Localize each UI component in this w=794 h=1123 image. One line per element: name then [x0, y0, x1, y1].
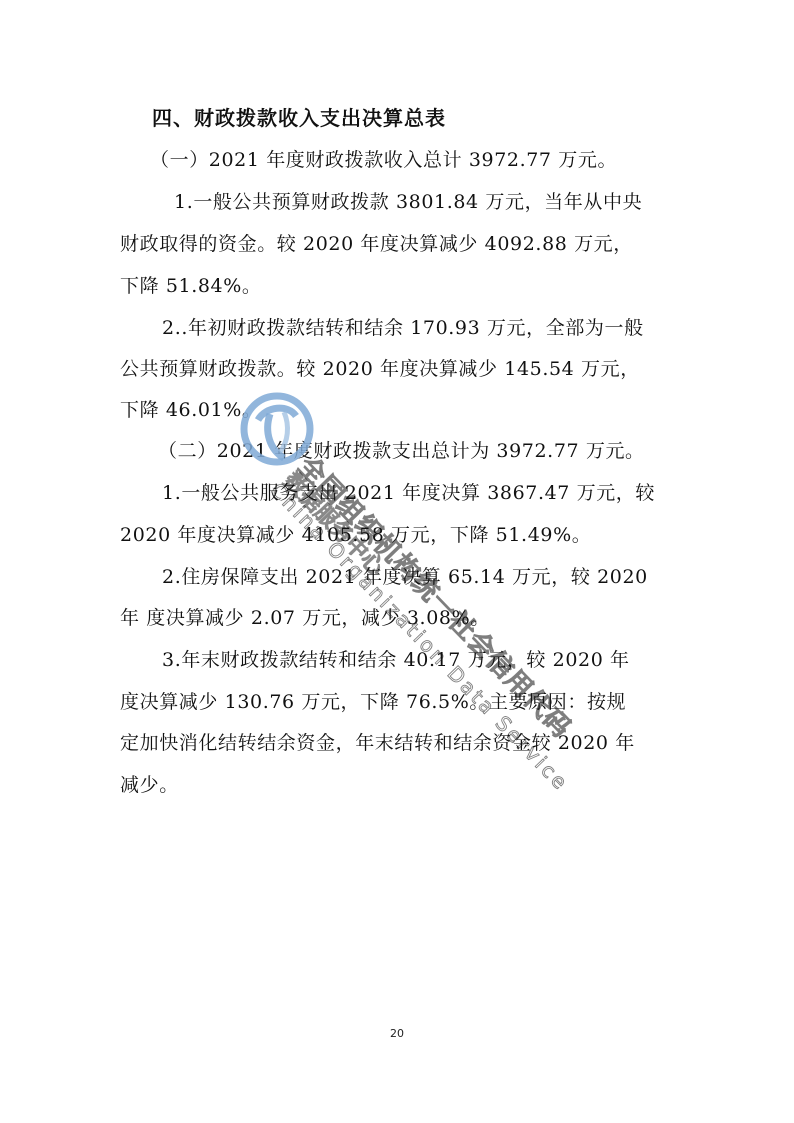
- paragraph-line: 公共预算财政拨款。较 2020 年度决算减少 145.54 万元，: [120, 356, 640, 382]
- paragraph-line: 1.一般公共服务支出 2021 年度决算 3867.47 万元，较: [162, 480, 655, 506]
- paragraph-line: 定加快消化结转结余资金，年末结转和结余资金较 2020 年: [120, 730, 635, 756]
- paragraph-line: （二）2021 年度财政拨款支出总计为 3972.77 万元。: [158, 438, 645, 464]
- paragraph-line: 3.年末财政拨款结转和结余 40.17 万元，较 2020 年: [162, 647, 630, 673]
- document-page: 四、财政拨款收入支出决算总表 （一）2021 年度财政拨款收入总计 3972.7…: [0, 0, 794, 1123]
- section-heading: 四、财政拨款收入支出决算总表: [152, 104, 446, 132]
- paragraph-line: 财政取得的资金。较 2020 年度决算减少 4092.88 万元，: [120, 231, 633, 257]
- paragraph-line: 度决算减少 130.76 万元，下降 76.5%。主要原因：按规: [120, 689, 626, 715]
- paragraph-line: （一）2021 年度财政拨款收入总计 3972.77 万元。: [150, 147, 617, 173]
- paragraph-line: 下降 46.01%。: [120, 397, 262, 423]
- paragraph-line: 1.一般公共预算财政拨款 3801.84 万元，当年从中央: [174, 189, 642, 215]
- paragraph-line: 年 度决算减少 2.07 万元，减少 3.08%。: [120, 605, 490, 631]
- paragraph-line: 2020 年度决算减少 4105.58 万元，下降 51.49%。: [120, 522, 591, 548]
- paragraph-line: 2.住房保障支出 2021 年度决算 65.14 万元，较 2020: [162, 564, 648, 590]
- paragraph-line: 2..年初财政拨款结转和结余 170.93 万元，全部为一般: [162, 315, 644, 341]
- paragraph-line: 减少。: [120, 772, 179, 798]
- page-number: 20: [0, 1027, 794, 1040]
- paragraph-line: 下降 51.84%。: [120, 273, 262, 299]
